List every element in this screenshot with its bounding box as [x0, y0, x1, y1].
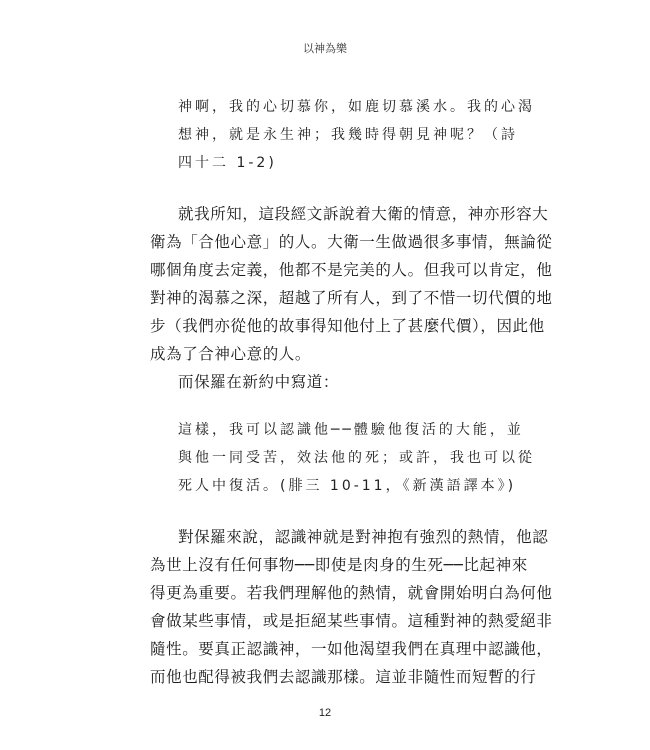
paragraph-line: 隨性。要真正認識神，一如他渴望我們在真理中認識他， [150, 639, 553, 659]
paragraph-line: 成為了合神心意的人。 [150, 344, 311, 364]
quote-line: 四十二 1-2) [178, 153, 277, 173]
paragraph-line: 步（我們亦從他的故事得知他付上了甚麼代價），因此他 [150, 316, 545, 336]
paragraph-line: 哪個角度去定義，他都不是完美的人。但我可以肯定，他 [150, 260, 553, 280]
quote-line: 與他一同受苦，效法他的死；或許，我也可以從 [178, 448, 535, 468]
quote-line: 這樣，我可以認識他──體驗他復活的大能，並 [178, 420, 524, 440]
paragraph-line: 對神的渴慕之深，超越了所有人，到了不惜一切代價的地 [150, 288, 553, 308]
paragraph-line: 就我所知，這段經文訴說着大衛的情意，神亦形容大 [178, 204, 548, 224]
paragraph-line: 會做某些事情，或是拒絕某些事情。這種對神的熱愛絕非 [150, 611, 553, 631]
page-number: 12 [0, 707, 650, 719]
paragraph-line: 對保羅來說，認識神就是對神抱有強烈的熱情，他認 [178, 527, 548, 547]
paragraph-line: 衛為「合他心意」的人。大衛一生做過很多事情，無論從 [150, 232, 553, 252]
quote-line: 死人中復活。(腓三 10-11，《新漢語譯本》) [178, 476, 516, 496]
running-header-title: 以神為樂 [0, 40, 650, 56]
paragraph-line: 得更為重要。若我們理解他的熱情，就會開始明白為何他 [150, 583, 553, 603]
paragraph-line: 為世上沒有任何事物──即使是肉身的生死──比起神來 [150, 555, 528, 575]
paragraph-line: 而他也配得被我們去認識那樣。這並非隨性而短暫的行 [150, 667, 536, 687]
paragraph-line: 而保羅在新約中寫道： [178, 372, 339, 392]
quote-line: 想神，就是永生神；我幾時得朝見神呢？（詩 [178, 125, 518, 145]
quote-line: 神啊，我的心切慕你，如鹿切慕溪水。我的心渴 [178, 97, 535, 117]
